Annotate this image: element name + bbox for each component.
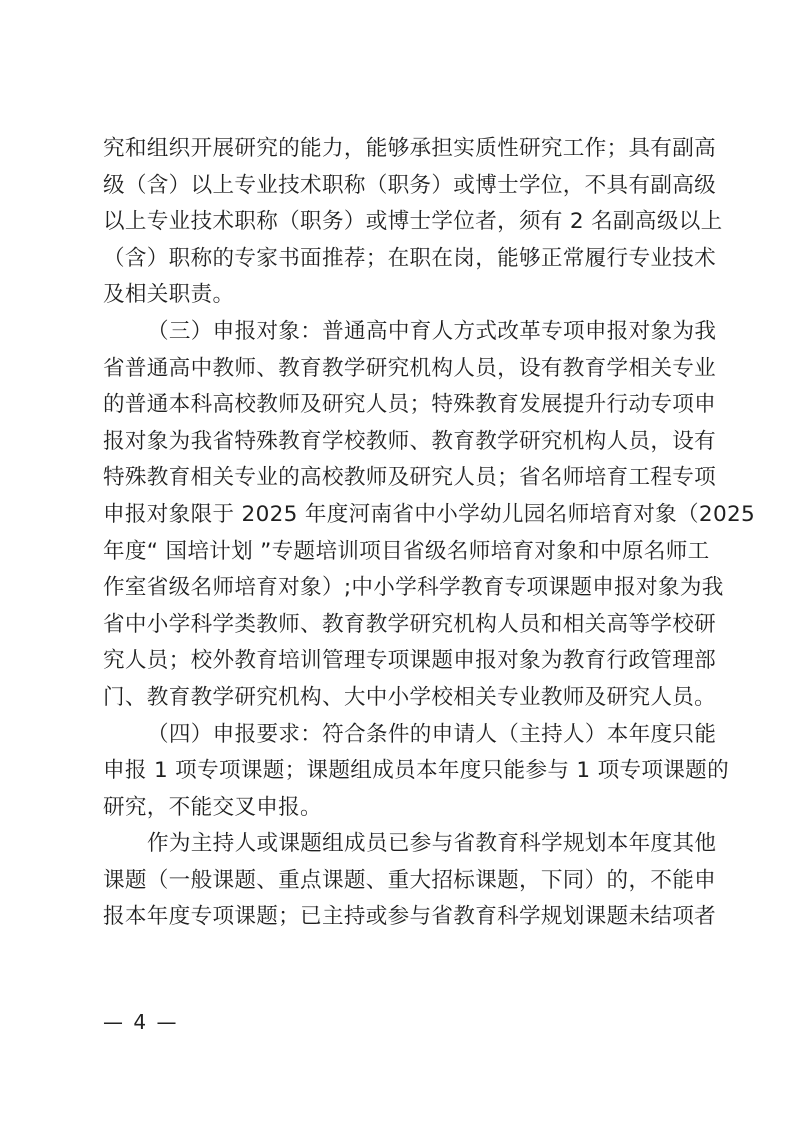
text-line: 作室省级名师培育对象）;中小学科学教育专项课题申报对象为我 [103,570,715,607]
text-line: 以上专业技术职称（职务）或博士学位者，须有 2 名副高级以上 [103,204,715,241]
page-number: — 4 — [103,1010,178,1034]
document-page: 究和组织开展研究的能力，能够承担实质性研究工作；具有副高 级（含）以上专业技术职… [0,0,800,1131]
text-line: 级（含）以上专业技术职称（职务）或博士学位，不具有副高级 [103,168,715,205]
text-line: 特殊教育相关专业的高校教师及研究人员；省名师培育工程专项 [103,460,715,497]
paragraph-start-line: 作为主持人或课题组成员已参与省教育科学规划本年度其他 [103,826,715,863]
text-line: 申报对象限于 2025 年度河南省中小学幼儿园名师培育对象（2025 [103,497,715,534]
text-line: 省普通高中教师、教育教学研究机构人员，设有教育学相关专业 [103,351,715,388]
document-body: 究和组织开展研究的能力，能够承担实质性研究工作；具有副高 级（含）以上专业技术职… [103,131,715,936]
section-three-heading-line: （三）申报对象：普通高中育人方式改革专项申报对象为我 [103,314,715,351]
section-four-heading-line: （四）申报要求：符合条件的申请人（主持人）本年度只能 [103,717,715,754]
text-line: 究人员；校外教育培训管理专项课题申报对象为教育行政管理部 [103,643,715,680]
text-line: 省中小学科学类教师、教育教学研究机构人员和相关高等学校研 [103,607,715,644]
text-line: 究和组织开展研究的能力，能够承担实质性研究工作；具有副高 [103,131,715,168]
text-line: 门、教育教学研究机构、大中小学校相关专业教师及研究人员。 [103,680,715,717]
text-line: （含）职称的专家书面推荐；在职在岗，能够正常履行专业技术 [103,241,715,278]
text-line: 研究，不能交叉申报。 [103,790,715,827]
text-line: 报本年度专项课题；已主持或参与省教育科学规划课题未结项者 [103,899,715,936]
text-line: 报对象为我省特殊教育学校教师、教育教学研究机构人员，设有 [103,424,715,461]
text-line: 及相关职责。 [103,277,715,314]
text-line: 年度“ 国培计划 ”专题培训项目省级名师培育对象和中原名师工 [103,534,715,571]
text-line: 申报 1 项专项课题；课题组成员本年度只能参与 1 项专项课题的 [103,753,715,790]
text-line: 课题（一般课题、重点课题、重大招标课题，下同）的，不能申 [103,863,715,900]
text-line: 的普通本科高校教师及研究人员；特殊教育发展提升行动专项申 [103,387,715,424]
